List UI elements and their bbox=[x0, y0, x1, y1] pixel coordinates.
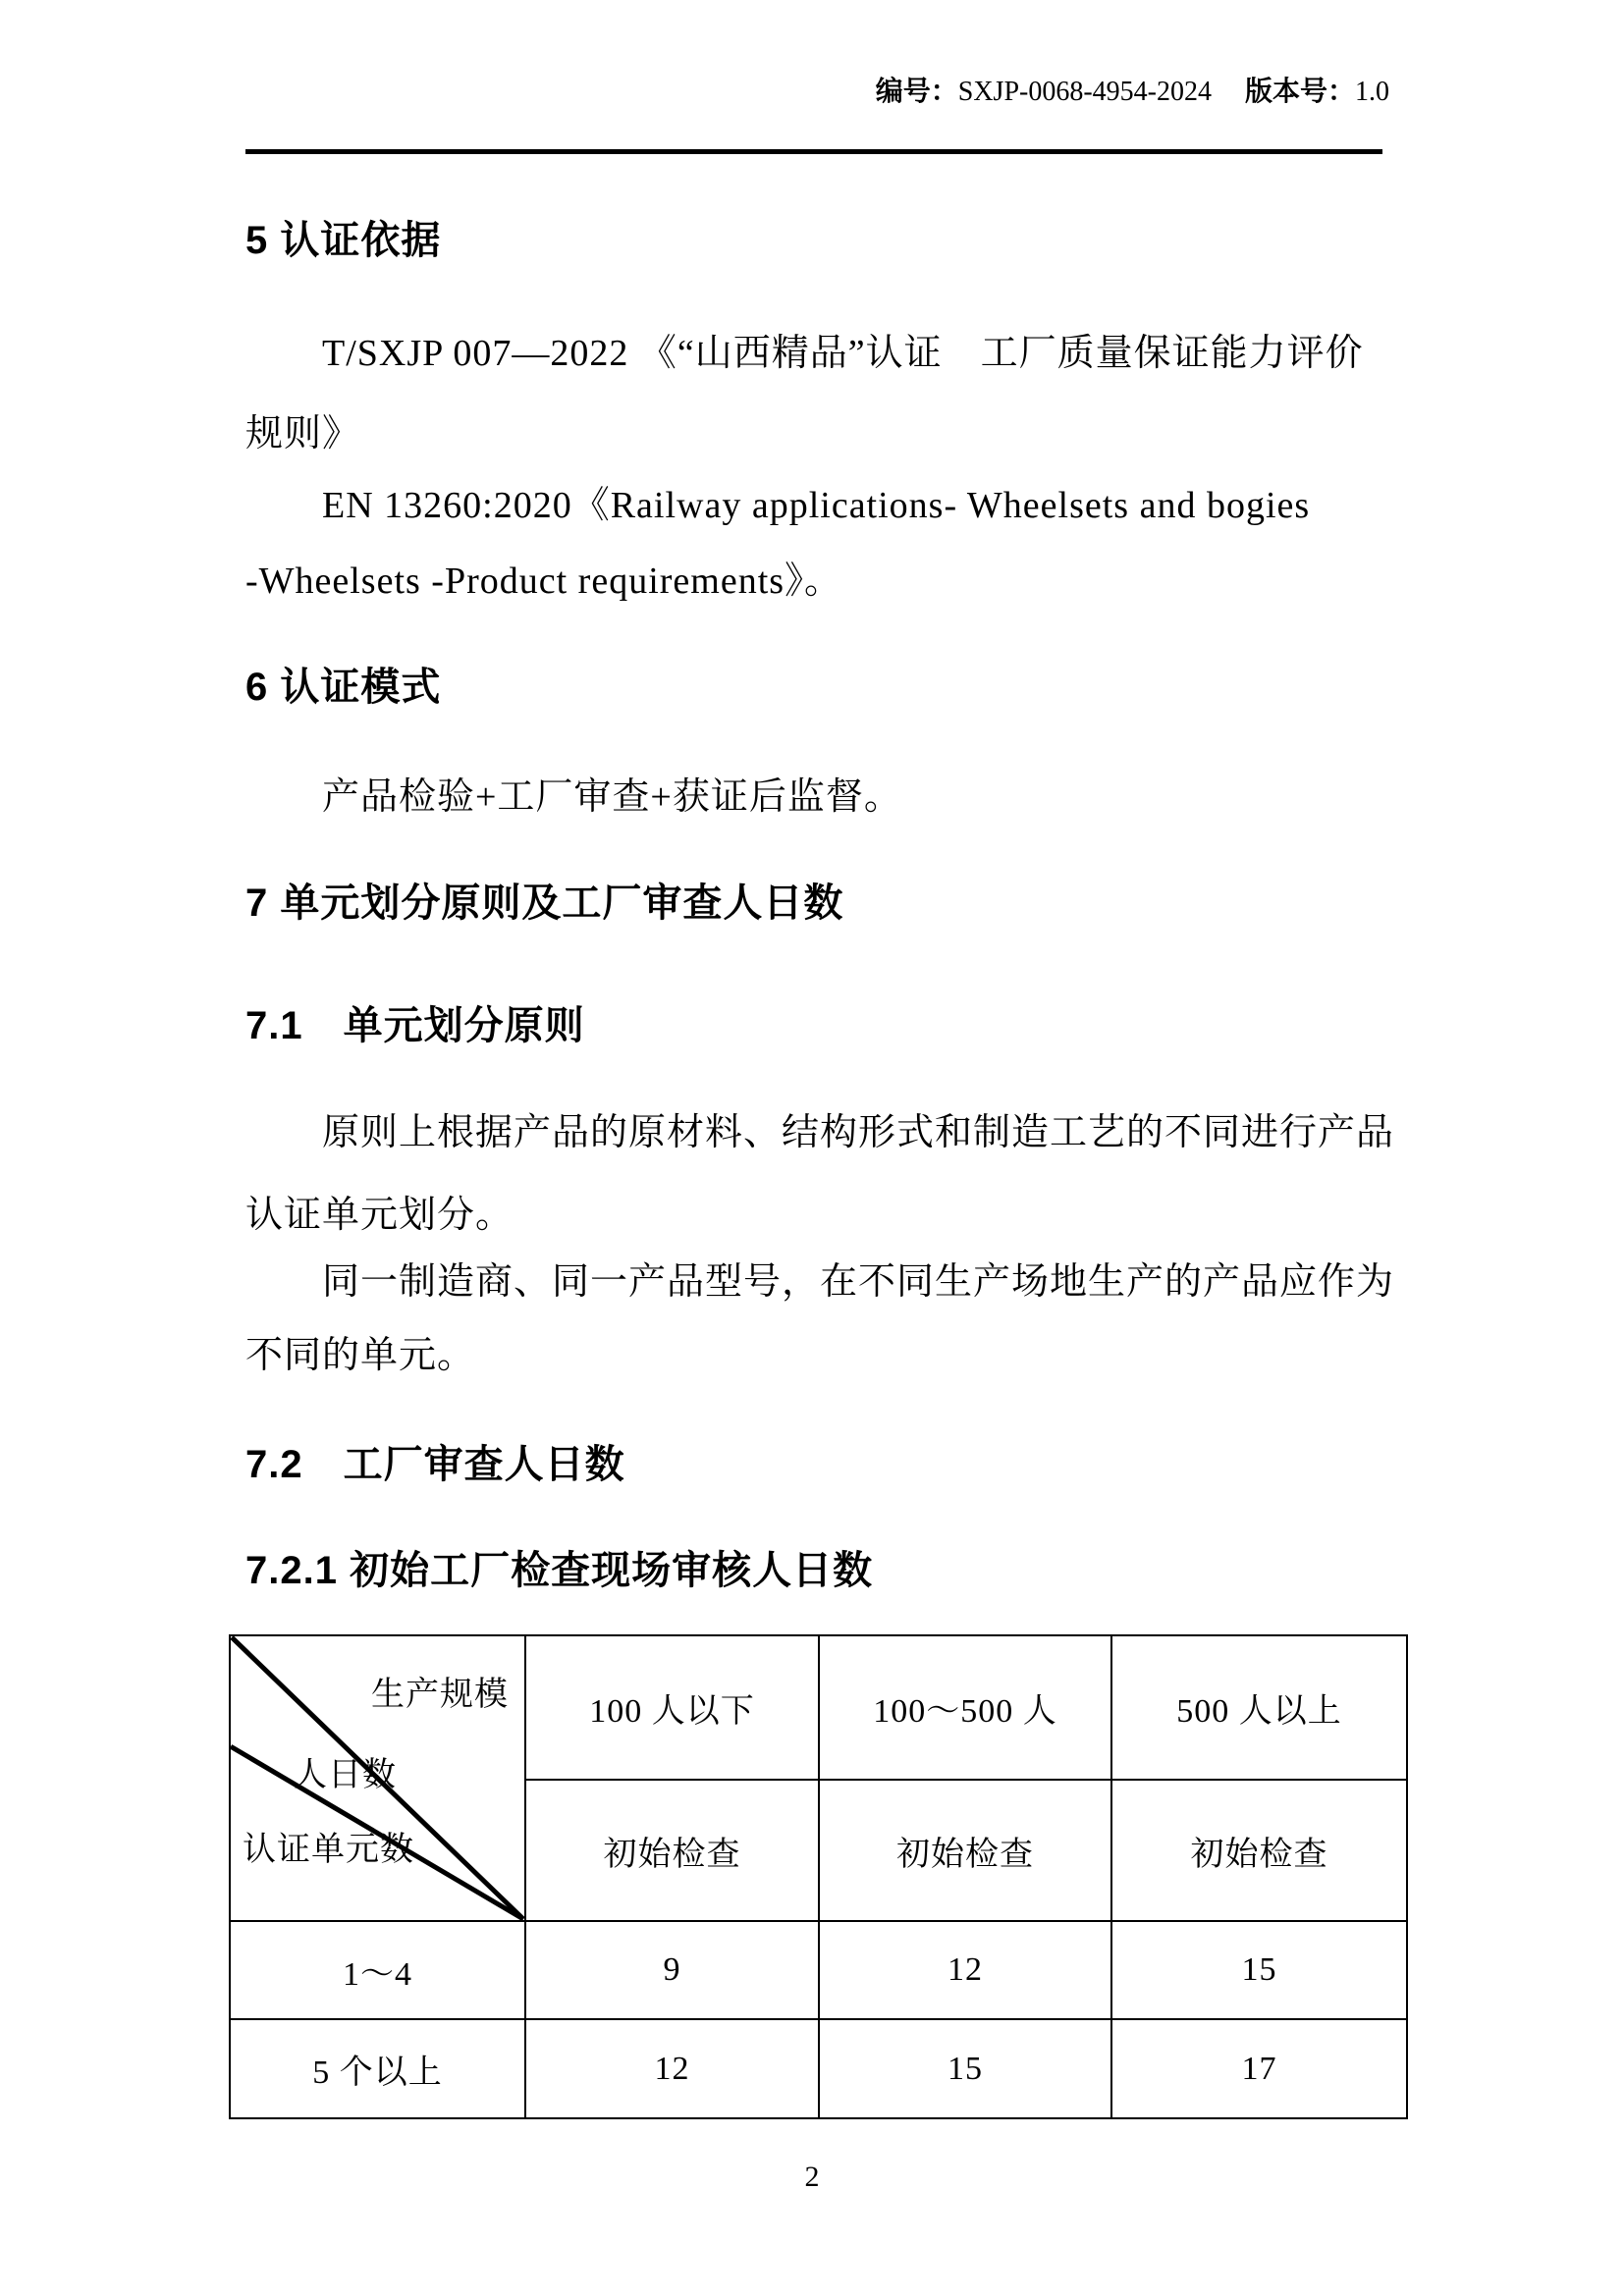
table-cell: 15 bbox=[819, 2019, 1111, 2118]
section-7-1-paragraph-1-line-2: 认证单元划分。 bbox=[245, 1189, 514, 1243]
doc-number-label: 编号： bbox=[876, 77, 958, 107]
section-7-heading: 7 单元划分原则及工厂审查人日数 bbox=[245, 877, 843, 931]
table-subheader-cell: 初始检查 bbox=[525, 1780, 819, 1921]
table-row: 1～4 9 12 15 bbox=[230, 1921, 1407, 2019]
page-number: 2 bbox=[0, 2158, 1624, 2197]
audit-days-table: 生产规模 人日数 认证单元数 100 人以下 100～500 人 500 人以上… bbox=[229, 1634, 1408, 2119]
table-row-label: 1～4 bbox=[230, 1921, 525, 2019]
section-5-paragraph-2-line-1: EN 13260:2020《Railway applications- Whee… bbox=[322, 479, 1310, 533]
section-5-heading: 5 认证依据 bbox=[245, 214, 441, 268]
section-7-2-1-heading: 7.2.1 初始工厂检查现场审核人日数 bbox=[245, 1544, 873, 1598]
header-rule bbox=[245, 149, 1382, 154]
section-7-2-heading: 7.2 工厂审查人日数 bbox=[245, 1438, 625, 1492]
doc-number-value: SXJP-0068-4954-2024 bbox=[958, 77, 1212, 107]
section-7-1-paragraph-2-line-1: 同一制造商、同一产品型号，在不同生产场地生产的产品应作为 bbox=[322, 1255, 1394, 1309]
section-5-paragraph-1-line-1: T/SXJP 007—2022 《“山西精品”认证 工厂质量保证能力评价 bbox=[322, 327, 1364, 381]
section-5-paragraph-2-line-2: -Wheelsets -Product requirements》。 bbox=[245, 555, 842, 609]
table-cell: 17 bbox=[1111, 2019, 1407, 2118]
section-6-paragraph: 产品检验+工厂审查+获证后监督。 bbox=[322, 771, 902, 825]
page-header: 编号：SXJP-0068-4954-2024版本号：1.0 bbox=[876, 75, 1389, 110]
section-6-heading: 6 认证模式 bbox=[245, 661, 441, 715]
table-row-label: 5 个以上 bbox=[230, 2019, 525, 2118]
version-label: 版本号： bbox=[1245, 77, 1355, 107]
section-7-1-heading: 7.1 单元划分原则 bbox=[245, 999, 585, 1053]
corner-label-cert-units: 认证单元数 bbox=[243, 1831, 414, 1870]
table-header-cell: 100 人以下 bbox=[525, 1635, 819, 1780]
table-cell: 12 bbox=[525, 2019, 819, 2118]
table-header-cell: 100～500 人 bbox=[819, 1635, 1111, 1780]
table-header-cell: 500 人以上 bbox=[1111, 1635, 1407, 1780]
section-7-1-paragraph-1-line-1: 原则上根据产品的原材料、结构形式和制造工艺的不同进行产品 bbox=[322, 1106, 1394, 1160]
section-7-1-paragraph-2-line-2: 不同的单元。 bbox=[245, 1329, 475, 1383]
document-page: 编号：SXJP-0068-4954-2024版本号：1.0 5 认证依据 T/S… bbox=[0, 0, 1624, 2296]
corner-label-production-scale: 生产规模 bbox=[371, 1676, 509, 1715]
table-subheader-cell: 初始检查 bbox=[1111, 1780, 1407, 1921]
table-cell: 9 bbox=[525, 1921, 819, 2019]
section-5-paragraph-1-line-2: 规则》 bbox=[245, 407, 360, 461]
table-corner-cell: 生产规模 人日数 认证单元数 bbox=[230, 1635, 525, 1921]
table-subheader-cell: 初始检查 bbox=[819, 1780, 1111, 1921]
version-value: 1.0 bbox=[1355, 77, 1389, 107]
corner-label-man-days: 人日数 bbox=[294, 1756, 397, 1795]
table-cell: 12 bbox=[819, 1921, 1111, 2019]
table-row: 5 个以上 12 15 17 bbox=[230, 2019, 1407, 2118]
table-cell: 15 bbox=[1111, 1921, 1407, 2019]
